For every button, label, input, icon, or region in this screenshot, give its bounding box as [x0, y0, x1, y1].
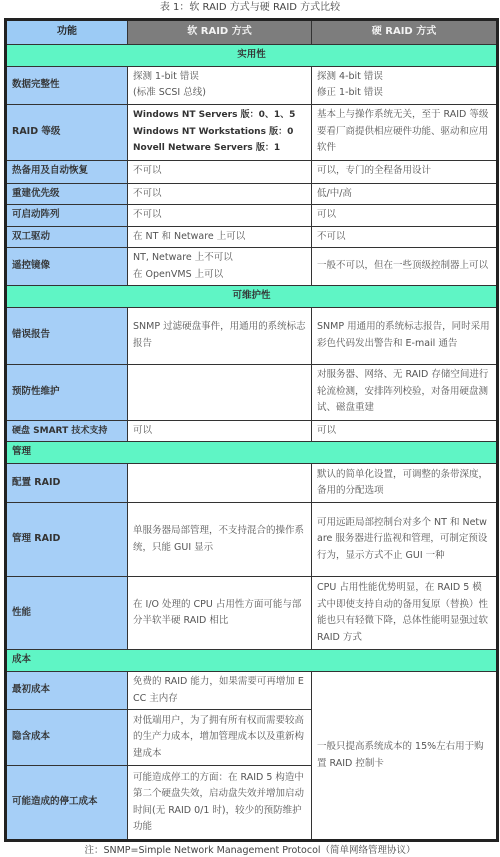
hard-cell: 低/中/高	[312, 183, 498, 205]
feature-cell: 硬盘 SMART 技术支持	[6, 420, 128, 442]
section-row: 成本	[6, 650, 498, 672]
header-hard-raid: 硬 RAID 方式	[312, 20, 498, 45]
soft-cell: 不可以	[128, 205, 312, 227]
table-row: RAID 等级 Windows NT Servers 版：0、1、5Window…	[6, 104, 498, 160]
table-row: 错误报告 SNMP 过滤硬盘事件，用通用的系统标志报告 SNMP 用通用的系统标…	[6, 307, 498, 364]
section-row: 可维护性	[6, 286, 498, 308]
feature-cell: 可能造成的停工成本	[6, 766, 128, 841]
feature-cell: 性能	[6, 577, 128, 650]
soft-cell: 免费的 RAID 能力，如果需要可再增加 ECC 主内存	[128, 672, 312, 710]
soft-cell: 可能造成停工的方面：在 RAID 5 构造中第二个硬盘失效，启动盘失效并增加启动…	[128, 766, 312, 841]
hard-cell: 可以	[312, 420, 498, 442]
section-row: 管理	[6, 442, 498, 464]
soft-cell	[128, 464, 312, 503]
hard-cell: SNMP 用通用的系统标志报告，同时采用彩色代码发出警告和 E-mail 通告	[312, 307, 498, 364]
table-row: 性能 在 I/O 处理的 CPU 占用性方面可能与部分半软半硬 RAID 相比 …	[6, 577, 498, 650]
header-soft-raid: 软 RAID 方式	[128, 20, 312, 45]
hard-cell: 可以，专门的全程备用设计	[312, 160, 498, 183]
soft-cell	[128, 364, 312, 420]
hard-cell: 探测 4-bit 错误修正 1-bit 错误	[312, 66, 498, 104]
feature-cell: 错误报告	[6, 307, 128, 364]
table-row: 配置 RAID 默认的简单化设置，可调整的条带深度，备用的分配选项	[6, 464, 498, 503]
hard-cell: 基本上与操作系统无关，至于 RAID 等级要看厂商提供相应硬件功能、驱动和应用软…	[312, 104, 498, 160]
table-row: 最初成本 免费的 RAID 能力，如果需要可再增加 ECC 主内存 一般只提高系…	[6, 672, 498, 710]
feature-cell: 管理 RAID	[6, 503, 128, 577]
table-row: 硬盘 SMART 技术支持 可以 可以	[6, 420, 498, 442]
feature-cell: RAID 等级	[6, 104, 128, 160]
header-feature: 功能	[6, 20, 128, 45]
soft-cell: 可以	[128, 420, 312, 442]
feature-cell: 重建优先级	[6, 183, 128, 205]
feature-cell: 配置 RAID	[6, 464, 128, 503]
table-caption: 表 1：软 RAID 方式与硬 RAID 方式比较	[0, 1, 500, 15]
soft-cell: 探测 1-bit 错误(标准 SCSI 总线)	[128, 66, 312, 104]
hard-cell: 可用远距局部控制台对多个 NT 和 Netware 服务器进行监视和管理，可制定…	[312, 503, 498, 577]
soft-cell: Windows NT Servers 版：0、1、5Windows NT Wor…	[128, 104, 312, 160]
table-row: 数据完整性 探测 1-bit 错误(标准 SCSI 总线) 探测 4-bit 错…	[6, 66, 498, 104]
feature-cell: 遥控镜像	[6, 248, 128, 286]
hard-cell: 不可以	[312, 226, 498, 248]
table-row: 预防性维护 对服务器、网络、无 RAID 存储空间进行轮流检测，安排阵列校验，对…	[6, 364, 498, 420]
table-row: 重建优先级 不可以 低/中/高	[6, 183, 498, 205]
feature-cell: 热备用及自动恢复	[6, 160, 128, 183]
table-row: 双工驱动 在 NT 和 Netware 上可以 不可以	[6, 226, 498, 248]
raid-comparison-table: 功能 软 RAID 方式 硬 RAID 方式 实用性 数据完整性 探测 1-bi…	[4, 18, 499, 842]
soft-cell: 对低端用户，为了拥有所有权而需要较高的生产力成本，增加管理成本以及重新构建成本	[128, 710, 312, 766]
soft-cell: 不可以	[128, 183, 312, 205]
table-row: 可启动阵列 不可以 可以	[6, 205, 498, 227]
table-row: 遥控镜像 NT, Netware 上不可以在 OpenVMS 上可以 一般不可以…	[6, 248, 498, 286]
feature-cell: 数据完整性	[6, 66, 128, 104]
soft-cell: NT, Netware 上不可以在 OpenVMS 上可以	[128, 248, 312, 286]
soft-cell: 不可以	[128, 160, 312, 183]
soft-cell: 在 I/O 处理的 CPU 占用性方面可能与部分半软半硬 RAID 相比	[128, 577, 312, 650]
table-row: 管理 RAID 单服务器局部管理，不支持混合的操作系统，只能 GUI 显示 可用…	[6, 503, 498, 577]
feature-cell: 双工驱动	[6, 226, 128, 248]
hard-cost-merged-cell: 一般只提高系统成本的 15%左右用于购置 RAID 控制卡	[312, 672, 498, 841]
soft-cell: 单服务器局部管理，不支持混合的操作系统，只能 GUI 显示	[128, 503, 312, 577]
feature-cell: 隐含成本	[6, 710, 128, 766]
soft-cell: 在 NT 和 Netware 上可以	[128, 226, 312, 248]
hard-cell: 对服务器、网络、无 RAID 存储空间进行轮流检测，安排阵列校验，对备用硬盘测试…	[312, 364, 498, 420]
section-row: 实用性	[6, 45, 498, 67]
feature-cell: 最初成本	[6, 672, 128, 710]
hard-cell: 可以	[312, 205, 498, 227]
table-row: 热备用及自动恢复 不可以 可以，专门的全程备用设计	[6, 160, 498, 183]
hard-cell: 默认的简单化设置，可调整的条带深度，备用的分配选项	[312, 464, 498, 503]
section-title-cost: 成本	[6, 650, 498, 672]
feature-cell: 可启动阵列	[6, 205, 128, 227]
section-title-practicality: 实用性	[6, 45, 498, 67]
section-title-management: 管理	[6, 442, 498, 464]
section-title-maintainability: 可维护性	[6, 286, 498, 308]
header-row: 功能 软 RAID 方式 硬 RAID 方式	[6, 20, 498, 45]
hard-cell: CPU 占用性能优势明显，在 RAID 5 模式中即使支持自动的备用复原（替换）…	[312, 577, 498, 650]
hard-cell: 一般不可以，但在一些顶级控制器上可以	[312, 248, 498, 286]
feature-cell: 预防性维护	[6, 364, 128, 420]
soft-cell: SNMP 过滤硬盘事件，用通用的系统标志报告	[128, 307, 312, 364]
footnote: 注：SNMP=Simple Network Management Protoco…	[0, 842, 500, 856]
